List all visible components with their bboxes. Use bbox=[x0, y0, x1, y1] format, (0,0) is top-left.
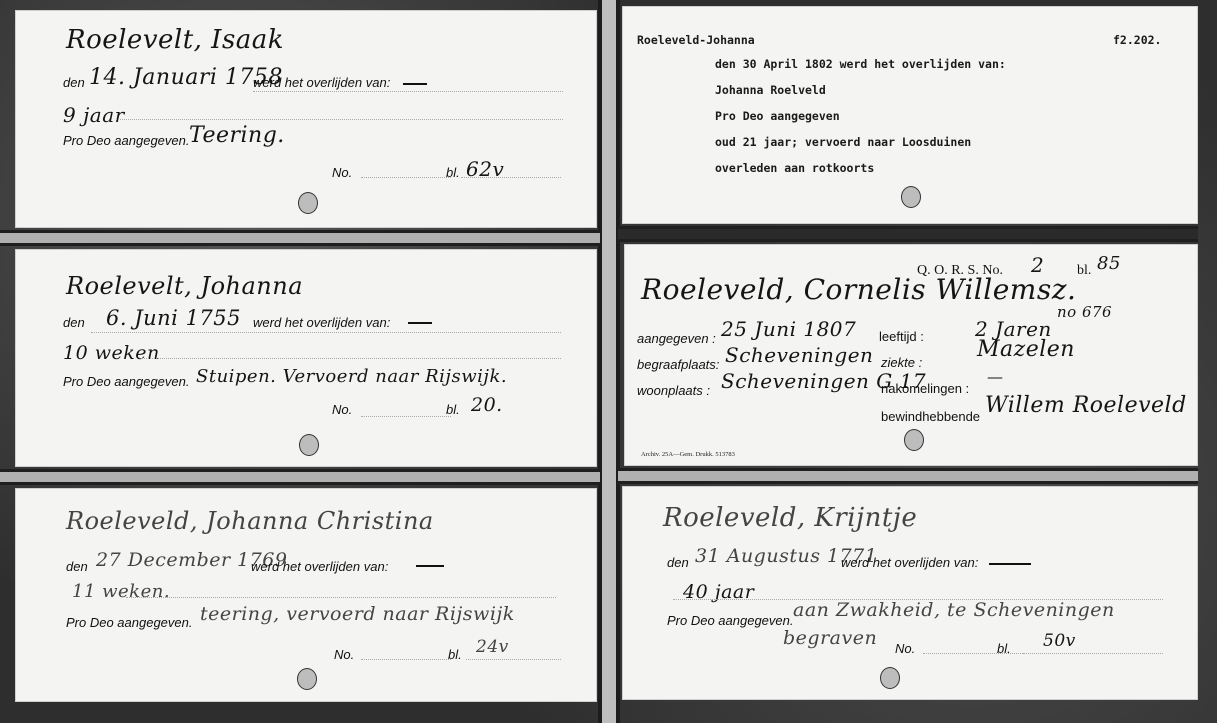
form-line bbox=[361, 416, 451, 417]
punch-hole bbox=[901, 186, 921, 208]
index-card-johanna-1755: Roelevelt, Johanna den 6. Juni 1755 werd… bbox=[15, 249, 597, 467]
bewindhebbende-value: Willem Roeleveld bbox=[985, 393, 1187, 418]
death-date: 6. Juni 1755 bbox=[106, 306, 241, 330]
form-line bbox=[461, 177, 561, 178]
age: 10 weken bbox=[63, 342, 160, 364]
bl-label: bl. bbox=[446, 402, 460, 417]
form-line bbox=[253, 91, 563, 92]
dash-mark bbox=[403, 83, 427, 85]
form-line bbox=[923, 653, 1033, 654]
aangegeven-value: 25 Juni 1807 bbox=[721, 317, 856, 341]
form-line bbox=[116, 119, 563, 120]
ziekte-label: ziekte : bbox=[881, 355, 922, 370]
row-divider-right-2 bbox=[618, 468, 1198, 484]
bewindhebbende-label: bewindhebbende bbox=[881, 409, 980, 424]
punch-hole bbox=[904, 429, 924, 451]
pro-deo-label: Pro Deo aangegeven. bbox=[63, 133, 189, 148]
remark-line-1: aan Zwakheid, te Scheveningen bbox=[793, 599, 1115, 621]
bl-label: bl. bbox=[997, 641, 1011, 656]
typed-line-5: overleden aan rotkoorts bbox=[715, 161, 874, 175]
bl-value: 24v bbox=[476, 637, 509, 657]
bl-label: bl. bbox=[1077, 263, 1091, 279]
typed-line-3: Pro Deo aangegeven bbox=[715, 109, 840, 123]
bl-value: 20. bbox=[471, 394, 503, 416]
pro-deo-label: Pro Deo aangegeven. bbox=[667, 613, 793, 628]
bl-label: bl. bbox=[446, 165, 460, 180]
card-name: Roelevelt, Isaak bbox=[66, 25, 284, 55]
card-name: Roeleveld, Johanna Christina bbox=[66, 507, 434, 535]
header-name: Roeleveld-Johanna bbox=[637, 33, 755, 47]
begraafplaats-label: begraafplaats: bbox=[637, 357, 719, 372]
den-label: den bbox=[63, 75, 85, 90]
punch-hole bbox=[880, 667, 900, 689]
form-line bbox=[466, 659, 561, 660]
no-label: No. bbox=[332, 165, 352, 180]
row-divider-left-2 bbox=[0, 469, 600, 485]
werd-label: werd het overlijden van: bbox=[253, 315, 390, 330]
den-label: den bbox=[63, 315, 85, 330]
punch-hole bbox=[297, 668, 317, 690]
index-card-johanna-1802: Roeleveld-Johanna f2.202. den 30 April 1… bbox=[622, 6, 1198, 224]
form-line bbox=[361, 177, 451, 178]
no-label: No. bbox=[332, 402, 352, 417]
row-divider-left-1 bbox=[0, 230, 600, 246]
pro-deo-label: Pro Deo aangegeven. bbox=[66, 615, 192, 630]
ziekte-value: Mazelen bbox=[977, 337, 1075, 362]
typed-line-2: Johanna Roelveld bbox=[715, 83, 826, 97]
card-name: Roeleveld, Cornelis Willemsz. bbox=[641, 273, 1076, 306]
index-card-johanna-christina: Roeleveld, Johanna Christina den 27 Dece… bbox=[15, 488, 597, 702]
nakomelingen-value: — bbox=[987, 367, 1004, 386]
punch-hole bbox=[299, 434, 319, 456]
column-divider bbox=[598, 0, 620, 723]
age: 9 jaar bbox=[63, 103, 125, 127]
row-divider-right-1 bbox=[618, 226, 1198, 242]
dash-mark bbox=[416, 565, 444, 567]
leeftijd-label: leeftijd : bbox=[879, 329, 924, 344]
form-line bbox=[141, 358, 561, 359]
woonplaats-label: woonplaats : bbox=[637, 383, 710, 398]
form-line bbox=[1023, 653, 1163, 654]
no-label: No. bbox=[895, 641, 915, 656]
nakomelingen-label: nakomelingen : bbox=[881, 381, 969, 396]
den-label: den bbox=[66, 559, 88, 574]
index-card-krijntje: Roeleveld, Krijntje den 31 Augustus 1771… bbox=[622, 486, 1198, 700]
werd-label: werd het overlijden van: bbox=[253, 75, 390, 90]
remark: Teering. bbox=[189, 123, 285, 148]
typed-line-4: oud 21 jaar; vervoerd naar Loosduinen bbox=[715, 135, 971, 149]
werd-label: werd het overlijden van: bbox=[841, 555, 978, 570]
index-card-isaak: Roelevelt, Isaak den 14. Januari 1758 we… bbox=[15, 10, 597, 228]
form-line bbox=[126, 597, 556, 598]
den-label: den bbox=[667, 555, 689, 570]
index-card-cornelis: Q. O. R. S. No. 2 bl. 85 Roeleveld, Corn… bbox=[624, 244, 1198, 466]
dash-mark bbox=[989, 563, 1031, 565]
begraafplaats-value: Scheveningen bbox=[725, 343, 873, 367]
folio-number: f2.202. bbox=[1113, 33, 1161, 47]
card-name: Roelevelt, Johanna bbox=[66, 272, 303, 300]
sub-number: no 676 bbox=[1057, 303, 1112, 321]
form-line bbox=[361, 659, 451, 660]
typed-line-1: den 30 April 1802 werd het overlijden va… bbox=[715, 57, 1006, 71]
pro-deo-label: Pro Deo aangegeven. bbox=[63, 374, 189, 389]
dash-mark bbox=[408, 322, 432, 324]
archive-footer: Archiv. 25A—Gem. Drukk. 513783 bbox=[641, 451, 735, 458]
punch-hole bbox=[298, 192, 318, 214]
werd-label: werd het overlijden van: bbox=[251, 559, 388, 574]
aangegeven-label: aangegeven : bbox=[637, 331, 716, 346]
no-label: No. bbox=[334, 647, 354, 662]
bl-value: 85 bbox=[1097, 253, 1121, 274]
bl-value: 50v bbox=[1043, 631, 1076, 651]
form-line bbox=[91, 332, 561, 333]
age: 11 weken. bbox=[72, 581, 170, 602]
bl-label: bl. bbox=[448, 647, 462, 662]
remark: teering, vervoerd naar Rijswijk bbox=[200, 603, 515, 625]
card-name: Roeleveld, Krijntje bbox=[663, 503, 917, 533]
remark: Stuipen. Vervoerd naar Rijswijk. bbox=[196, 366, 507, 387]
remark-line-2: begraven bbox=[783, 627, 877, 649]
